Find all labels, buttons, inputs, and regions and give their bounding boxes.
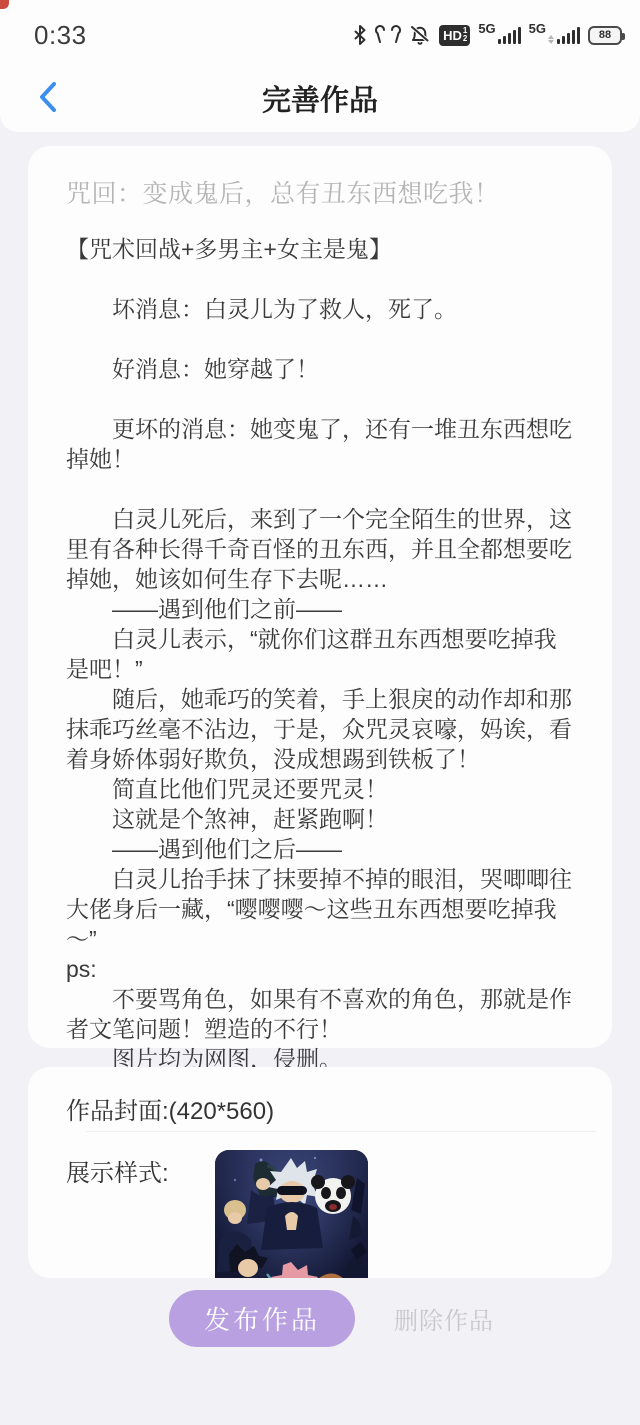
page-title: 完善作品 [0,78,640,119]
screen: 0:33 [0,0,640,1425]
work-title-field[interactable]: 咒回：变成鬼后，总有丑东西想吃我！ [66,174,574,210]
earbuds-icon [375,24,401,46]
battery-indicator: 88 [588,26,622,45]
hd-volte-badge: HD 1 2 [439,25,470,46]
bluetooth-icon [353,24,367,46]
delete-button[interactable]: 删除作品 [394,1290,494,1347]
cover-card: 作品封面:(420*560) 展示样式: [28,1067,612,1278]
cover-size-label: 作品封面:(420*560) [66,1091,274,1126]
recording-indicator-dot [0,0,9,9]
mute-bell-icon [409,24,431,46]
publish-button[interactable]: 发布作品 [169,1290,355,1347]
signal-bars-1: 5G [478,27,520,44]
jujutsu-kaisen-cover-thumbnail[interactable] [215,1150,368,1278]
work-description-field[interactable]: 【咒术回战+多男主+女主是鬼】 坏消息：白灵儿为了救人，死了。 好消息：她穿越了… [66,234,574,1074]
signal-bars-2: 5G [529,27,580,44]
status-icons: HD 1 2 5G 5G [353,22,622,48]
work-info-card: 咒回：变成鬼后，总有丑东西想吃我！ 【咒术回战+多男主+女主是鬼】 坏消息：白灵… [28,146,612,1048]
status-time: 0:33 [34,20,87,51]
top-bar: 0:33 [0,0,640,132]
preview-style-label: 展示样式: [66,1153,169,1188]
divider [86,1131,596,1132]
